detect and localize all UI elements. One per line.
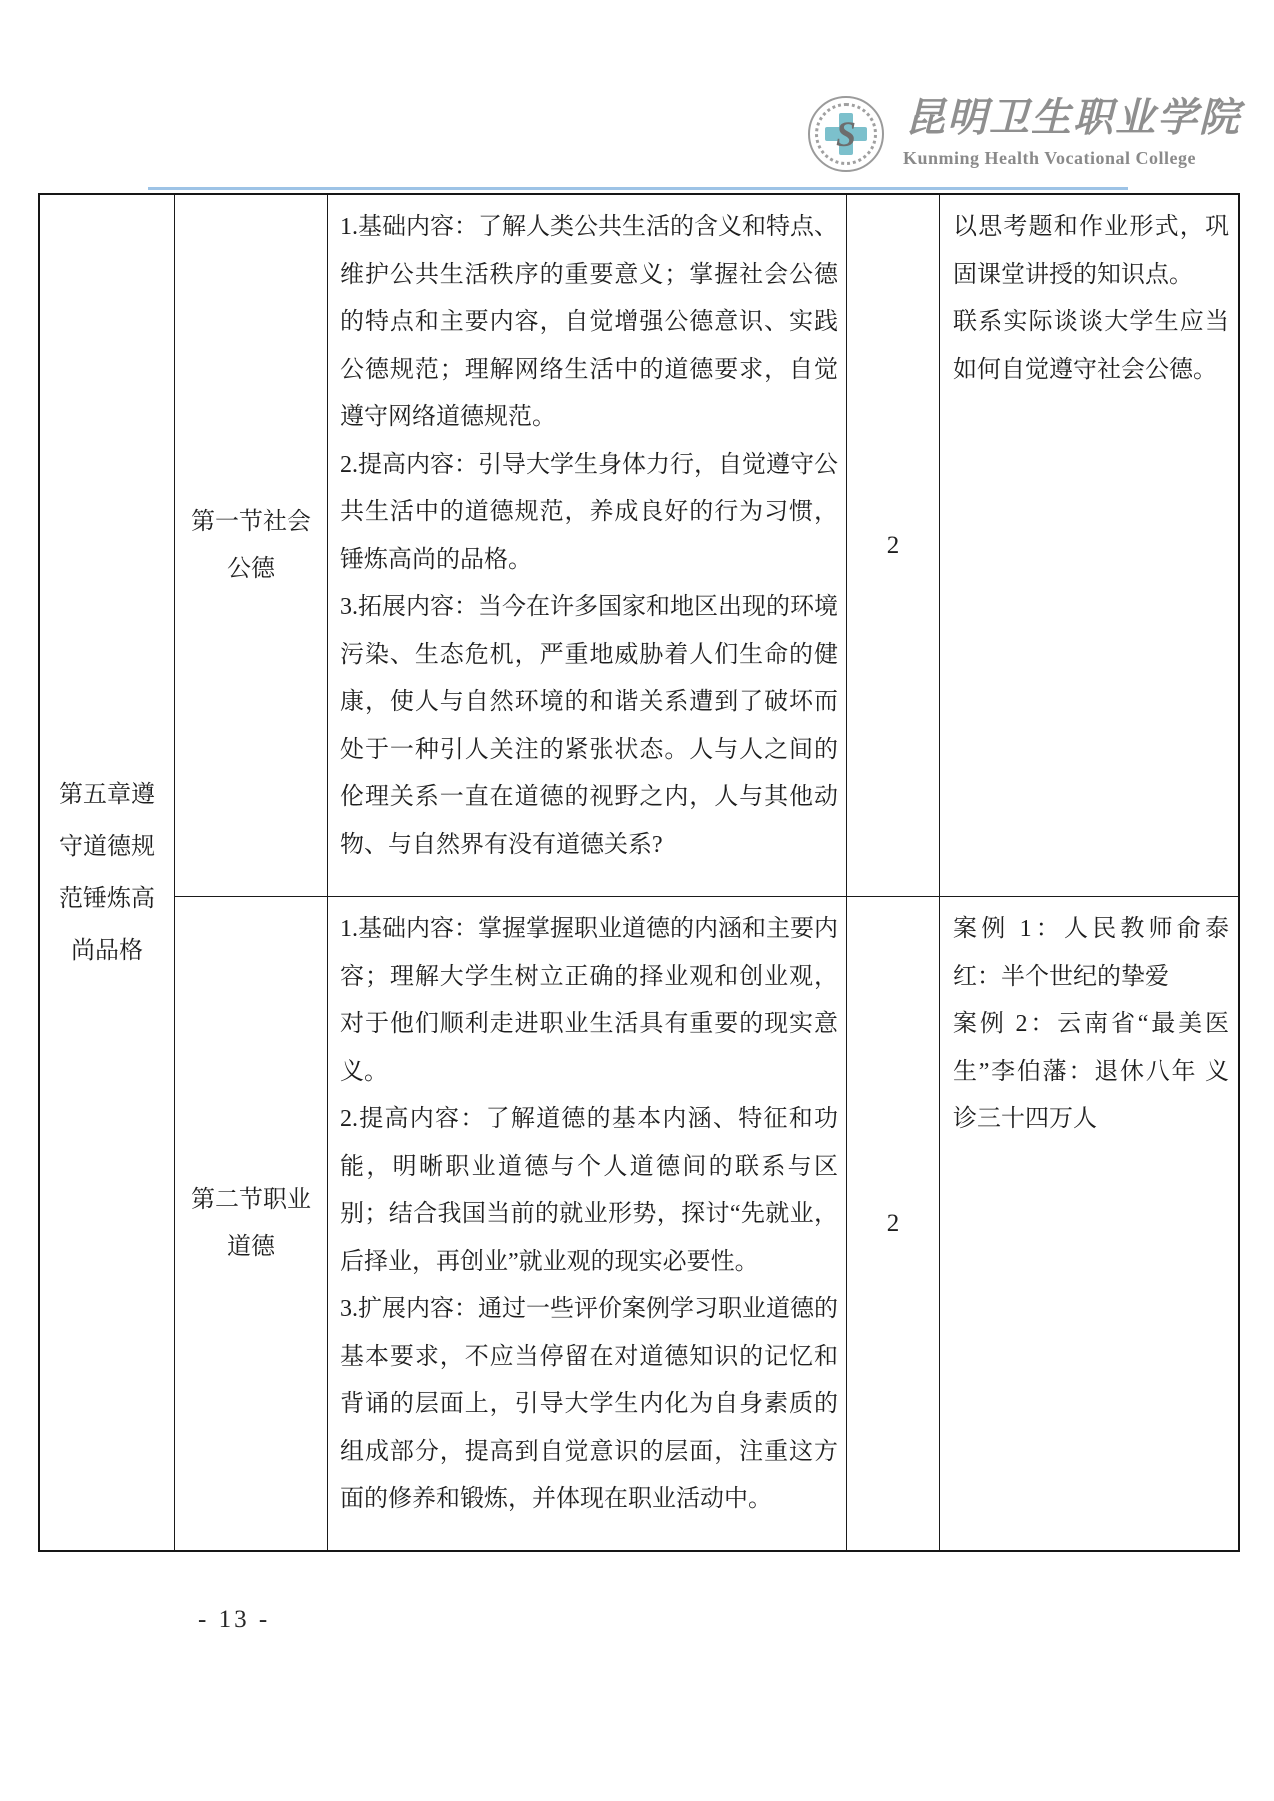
syllabus-table: 第五章遵 守道德规 范锤炼高 尚品格 第一节社会 公德 1.基础内容：了解人类公…: [38, 193, 1240, 1552]
section-2-title-cell: 第二节职业 道德: [175, 897, 328, 1550]
chapter-title-cell: 第五章遵 守道德规 范锤炼高 尚品格: [40, 195, 175, 1550]
section-1-advanced-content: 2.提高内容：引导大学生身体力行，自觉遵守公共生活中的道德规范，养成良好的行为习…: [340, 442, 838, 585]
section-2-advanced-content: 2.提高内容：了解道德的基本内涵、特征和功能，明晰职业道德与个人道德间的联系与区…: [340, 1096, 838, 1286]
section-2-basic-content: 1.基础内容：掌握掌握职业道德的内涵和主要内容；理解大学生树立正确的择业观和创业…: [340, 906, 838, 1096]
page-number: - 13 -: [198, 1606, 270, 1634]
section-2-notes-cell: 案例 1：人民教师俞泰红：半个世纪的挚爱 案例 2：云南省“最美医生”李伯藩：退…: [940, 897, 1238, 1550]
college-name-calligraphy: 昆明卫生职业学院: [905, 92, 1195, 144]
section-1-hours-cell: 2: [847, 195, 940, 897]
section-1-title-cell: 第一节社会 公德: [175, 195, 328, 897]
section-2-extended-content: 3.扩展内容：通过一些评价案例学习职业道德的基本要求，不应当停留在对道德知识的记…: [340, 1286, 838, 1524]
header-divider-line: [148, 187, 1128, 190]
section-2-content-cell: 1.基础内容：掌握掌握职业道德的内涵和主要内容；理解大学生树立正确的择业观和创业…: [328, 897, 847, 1550]
section-2-case-1: 案例 1：人民教师俞泰红：半个世纪的挚爱: [953, 906, 1229, 1001]
section-1-note: 以思考题和作业形式，巩固课堂讲授的知识点。: [953, 204, 1229, 299]
section-1-notes-cell: 以思考题和作业形式，巩固课堂讲授的知识点。 联系实际谈谈大学生应当如何自觉遵守社…: [940, 195, 1238, 897]
college-logo: S: [808, 96, 886, 174]
section-1-extended-content: 3.拓展内容：当今在许多国家和地区出现的环境污染、生态危机，严重地威胁着人们生命…: [340, 584, 838, 869]
section-2-case-2: 案例 2：云南省“最美医生”李伯藩：退休八年 义诊三十四万人: [953, 1001, 1229, 1144]
section-1-note: 联系实际谈谈大学生应当如何自觉遵守社会公德。: [953, 299, 1229, 394]
section-2-hours-cell: 2: [847, 897, 940, 1550]
dragon-s-icon: S: [808, 110, 884, 158]
section-1-content-cell: 1.基础内容：了解人类公共生活的含义和特点、维护公共生活秩序的重要意义；掌握社会…: [328, 195, 847, 897]
college-name-english: Kunming Health Vocational College: [903, 148, 1233, 169]
section-1-basic-content: 1.基础内容：了解人类公共生活的含义和特点、维护公共生活秩序的重要意义；掌握社会…: [340, 204, 838, 442]
